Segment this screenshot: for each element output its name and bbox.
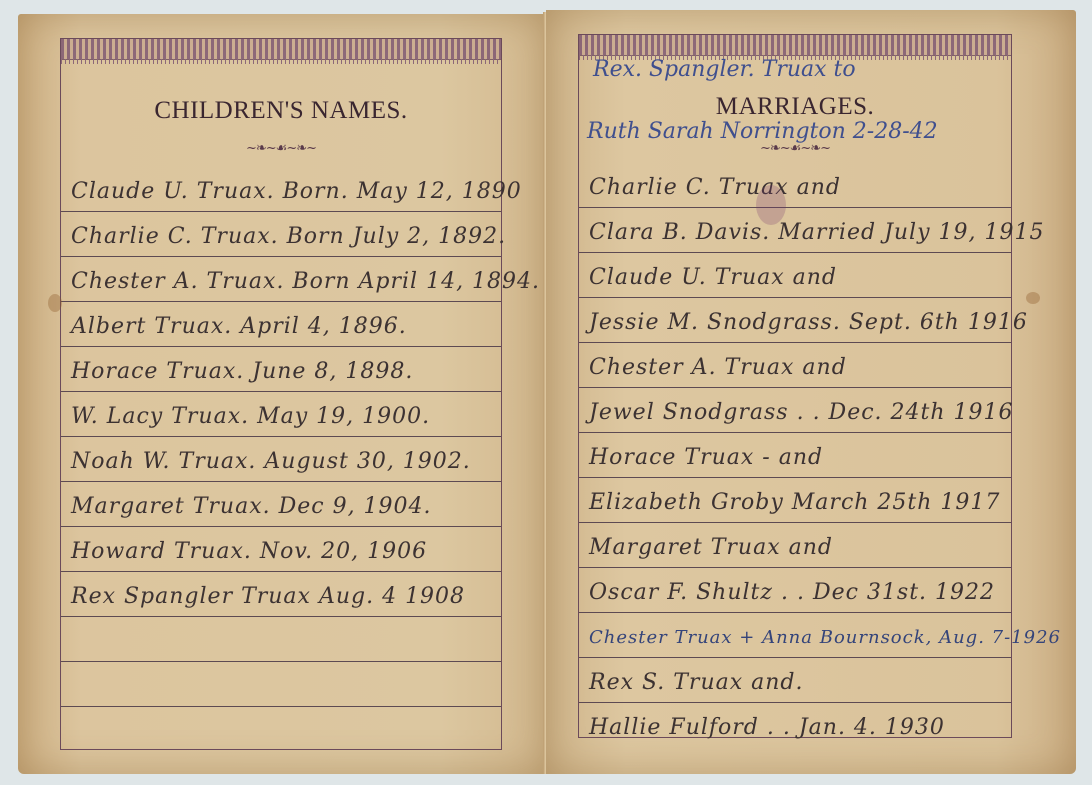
child-entry: Howard Truax. Nov. 20, 1906: [71, 539, 541, 564]
left-page-frame: CHILDREN'S NAMES. ~❧~☙~❧~ Claude U. Trua…: [60, 38, 502, 750]
ruled-line: [579, 387, 1011, 388]
left-page-children: CHILDREN'S NAMES. ~❧~☙~❧~ Claude U. Trua…: [18, 14, 546, 774]
ruled-line: [579, 477, 1011, 478]
ruled-line: [61, 526, 501, 527]
child-entry: Horace Truax. June 8, 1898.: [71, 359, 541, 384]
marriage-entry: Jessie M. Snodgrass. Sept. 6th 1916: [589, 310, 1051, 335]
ruled-line: [61, 706, 501, 707]
paper-stain: [48, 294, 62, 312]
handwritten-note-line1: Rex. Spangler. Truax to: [593, 57, 856, 82]
marriage-entry: Clara B. Davis. Married July 19, 1915: [589, 220, 1051, 245]
marriage-entry: Chester Truax + Anna Bournsock, Aug. 7-1…: [589, 627, 1051, 648]
ruled-line: [61, 481, 501, 482]
child-entry: Claude U. Truax. Born. May 12, 1890: [71, 179, 541, 204]
child-entry: W. Lacy Truax. May 19, 1900.: [71, 404, 541, 429]
child-entry: Noah W. Truax. August 30, 1902.: [71, 449, 541, 474]
ruled-line: [61, 571, 501, 572]
ruled-line: [579, 207, 1011, 208]
marriage-entry: Oscar F. Shultz . . Dec 31st. 1922: [589, 580, 1051, 605]
marriage-entry: Hallie Fulford . . Jan. 4. 1930: [589, 715, 1051, 740]
marriage-entry: Rex S. Truax and.: [589, 670, 1051, 695]
ruled-line: [61, 661, 501, 662]
marriage-entry: Claude U. Truax and: [589, 265, 1051, 290]
right-page-frame: Rex. Spangler. Truax to MARRIAGES. Ruth …: [578, 34, 1012, 738]
marriage-entry: Elizabeth Groby March 25th 1917: [589, 490, 1051, 515]
ruled-line: [61, 256, 501, 257]
paper-stain: [1026, 292, 1040, 304]
ruled-line: [579, 342, 1011, 343]
decorative-border: [579, 35, 1011, 56]
marriage-entry: Chester A. Truax and: [589, 355, 1051, 380]
marriage-entry: Jewel Snodgrass . . Dec. 24th 1916: [589, 400, 1051, 425]
ruled-line: [579, 702, 1011, 703]
child-entry: Albert Truax. April 4, 1896.: [71, 314, 541, 339]
ruled-line: [61, 436, 501, 437]
decorative-border: [61, 39, 501, 60]
marriage-entry: Charlie C. Truax and: [589, 175, 1051, 200]
child-entry: Margaret Truax. Dec 9, 1904.: [71, 494, 541, 519]
flourish-ornament-icon: ~❧~☙~❧~: [61, 141, 501, 156]
flourish-ornament-icon: ~❧~☙~❧~: [579, 141, 1011, 156]
marriage-entry: Margaret Truax and: [589, 535, 1051, 560]
ruled-line: [579, 567, 1011, 568]
ruled-line: [579, 612, 1011, 613]
ruled-line: [61, 301, 501, 302]
ruled-line: [61, 616, 501, 617]
page-title-children: CHILDREN'S NAMES.: [61, 97, 501, 125]
marriage-entry: Horace Truax - and: [589, 445, 1051, 470]
page-title-marriages: MARRIAGES.: [579, 93, 1011, 121]
child-entry: Rex Spangler Truax Aug. 4 1908: [71, 584, 541, 609]
ink-smudge: [756, 185, 786, 225]
ruled-line: [61, 211, 501, 212]
ruled-line: [579, 432, 1011, 433]
ruled-line: [579, 522, 1011, 523]
ruled-line: [579, 252, 1011, 253]
right-page-marriages: Rex. Spangler. Truax to MARRIAGES. Ruth …: [546, 10, 1076, 774]
ruled-line: [61, 391, 501, 392]
ruled-line: [579, 657, 1011, 658]
child-entry: Chester A. Truax. Born April 14, 1894.: [71, 269, 541, 294]
ruled-line: [61, 346, 501, 347]
child-entry: Charlie C. Truax. Born July 2, 1892.: [71, 224, 541, 249]
ruled-line: [579, 297, 1011, 298]
